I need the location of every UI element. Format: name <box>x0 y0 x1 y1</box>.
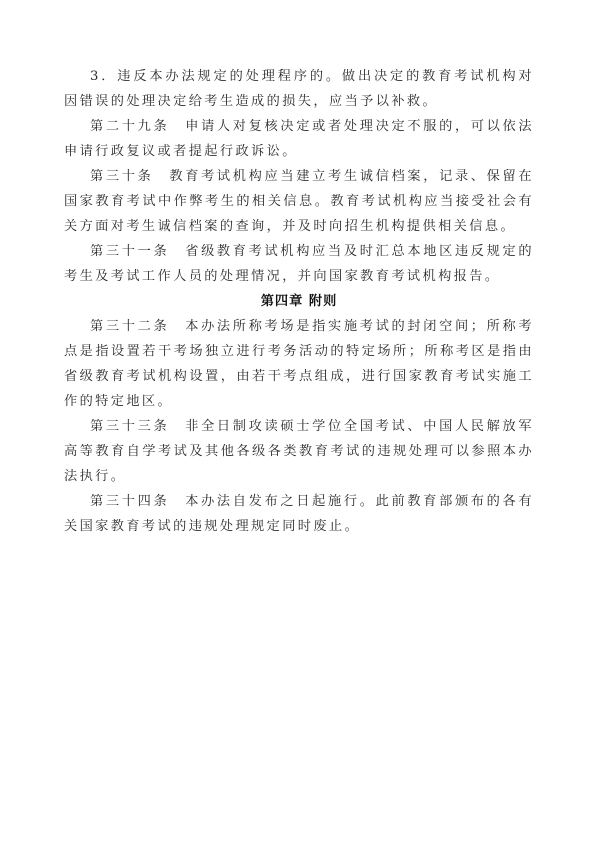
article-32: 第三十二条 本办法所称考场是指实施考试的封闭空间；所称考点是指设置若干考场独立进… <box>64 314 534 414</box>
paragraph-item-3-remedy: 3．违反本办法规定的处理程序的。做出决定的教育考试机构对因错误的处理决定给考生造… <box>64 64 534 114</box>
article-33: 第三十三条 非全日制攻读硕士学位全国考试、中国人民解放军高等教育自学考试及其他各… <box>64 414 534 489</box>
article-30: 第三十条 教育考试机构应当建立考生诚信档案，记录、保留在国家教育考试中作弊考生的… <box>64 164 534 239</box>
chapter-heading: 第四章 附则 <box>64 289 534 314</box>
article-34: 第三十四条 本办法自发布之日起施行。此前教育部颁布的各有关国家教育考试的违规处理… <box>64 489 534 539</box>
article-29: 第二十九条 申请人对复核决定或者处理决定不服的，可以依法申请行政复议或者提起行政… <box>64 114 534 164</box>
article-31: 第三十一条 省级教育考试机构应当及时汇总本地区违反规定的考生及考试工作人员的处理… <box>64 239 534 289</box>
document-page: 3．违反本办法规定的处理程序的。做出决定的教育考试机构对因错误的处理决定给考生造… <box>64 64 534 539</box>
